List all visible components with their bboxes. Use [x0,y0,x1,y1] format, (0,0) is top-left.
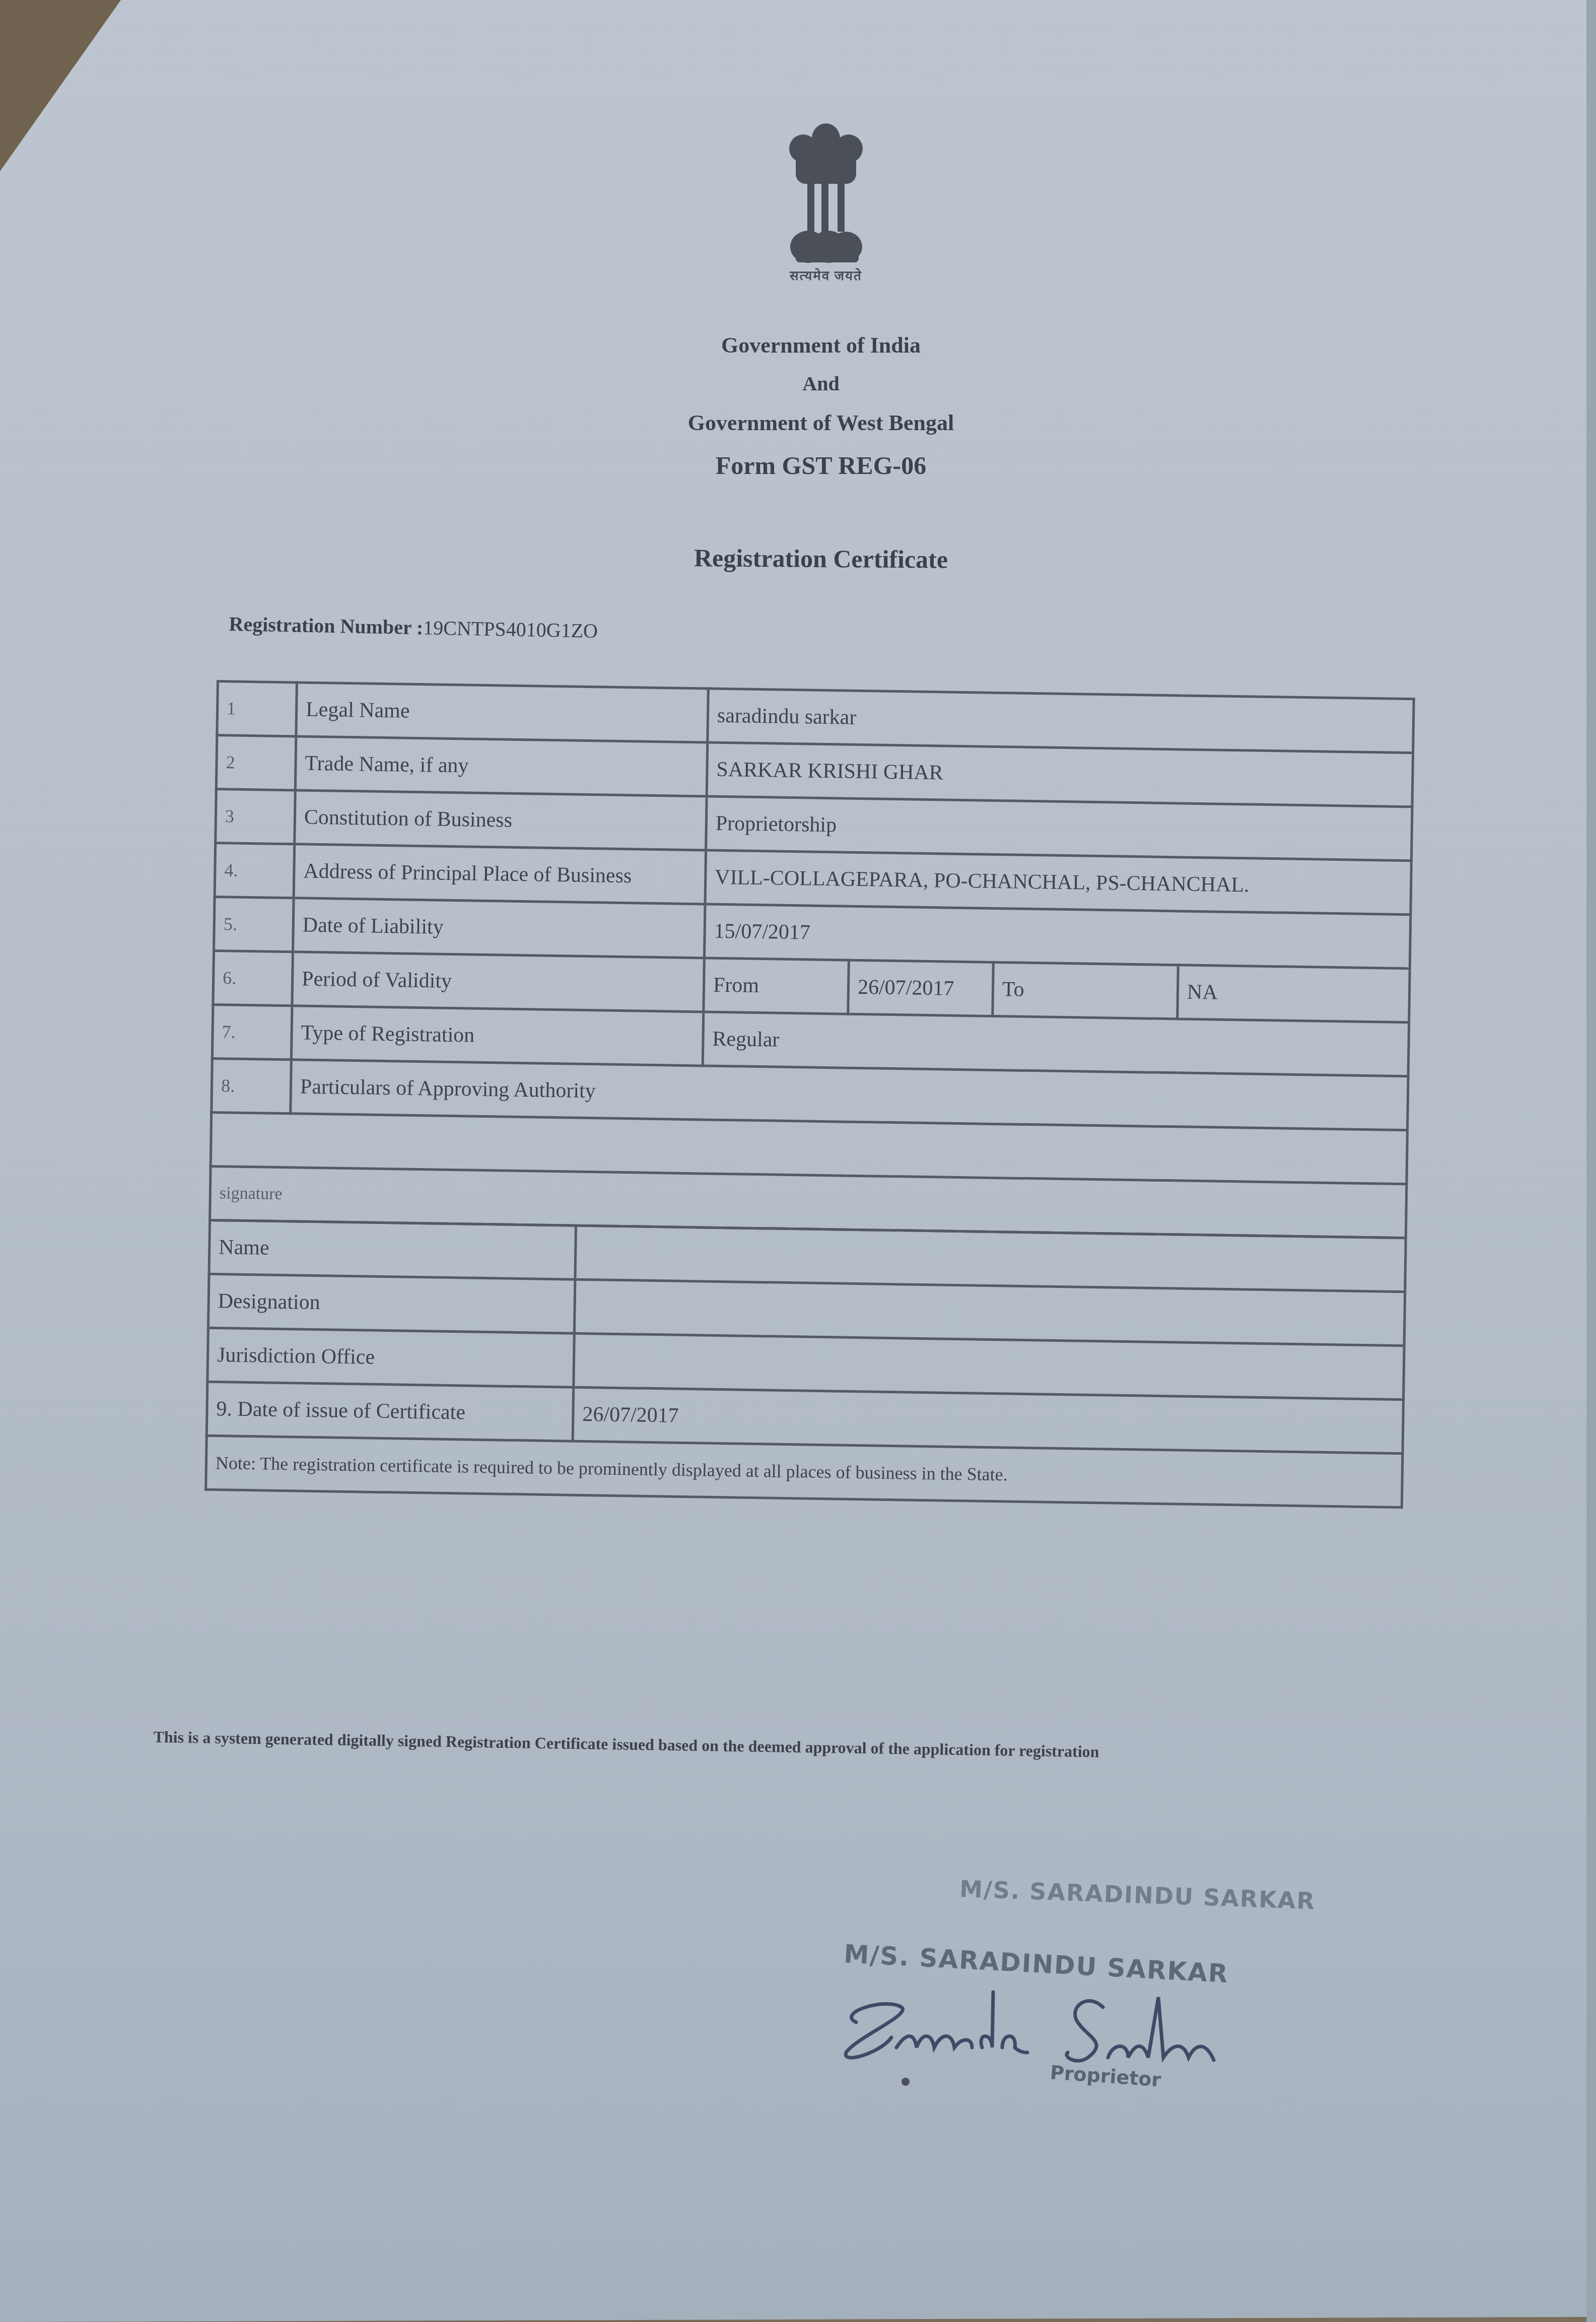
validity-to-label: To [993,962,1178,1018]
row-label: Address of Principal Place of Business [294,844,706,904]
row-label: Date of Liability [293,898,705,958]
row-label: Legal Name [296,682,708,742]
header-and: And [554,372,1088,395]
date-of-liability-value: 15/07/2017 [704,904,1410,969]
trade-name-value: SARKAR KRISHI GHAR [707,742,1413,807]
registration-type-value: Regular [703,1012,1409,1076]
legal-name-value: saradindu sarkar [708,689,1414,753]
certificate-table: 1 Legal Name saradindu sarkar 2 Trade Na… [204,680,1415,1509]
jurisdiction-label: Jurisdiction Office [207,1328,575,1387]
row-number: 2 [216,735,296,790]
row-number: 3 [216,789,296,844]
row-number: 7. [212,1004,292,1059]
registration-number-label: Registration Number : [229,612,424,639]
header-government-india: Government of India [554,332,1088,358]
registration-number-value: 19CNTPS4010G1ZO [423,616,598,642]
row-label: Type of Registration [291,1006,703,1066]
row-label: Constitution of Business [295,790,707,850]
national-emblem-icon [778,118,874,285]
paper-edge [1586,0,1596,2322]
header-government-west-bengal: Government of West Bengal [554,410,1088,436]
row-number: 8. [212,1058,292,1113]
row-label: Period of Validity [292,952,704,1012]
constitution-value: Proprietorship [706,796,1412,861]
row-number: 6. [213,950,293,1005]
document-title: Registration Certificate [554,542,1088,575]
row-number: 4. [215,843,295,898]
ink-dot [901,2078,910,2086]
handwritten-signature-icon [826,1977,1239,2078]
validity-from-label: From [704,958,849,1014]
validity-from-value: 26/07/2017 [848,960,994,1016]
form-number: Form GST REG-06 [554,451,1088,480]
row-label: Trade Name, if any [295,736,707,796]
emblem-motto: सत्यमेव जयते [773,266,879,284]
designation-label: Designation [208,1274,575,1333]
name-label: Name [209,1220,576,1279]
issue-date-label: 9. Date of issue of Certificate [206,1382,574,1441]
validity-to-value: NA [1177,965,1410,1022]
row-number: 1 [217,681,297,736]
address-value: VILL-COLLAGEPARA, PO-CHANCHAL, PS-CHANCH… [705,850,1411,915]
row-number: 5. [214,897,294,951]
